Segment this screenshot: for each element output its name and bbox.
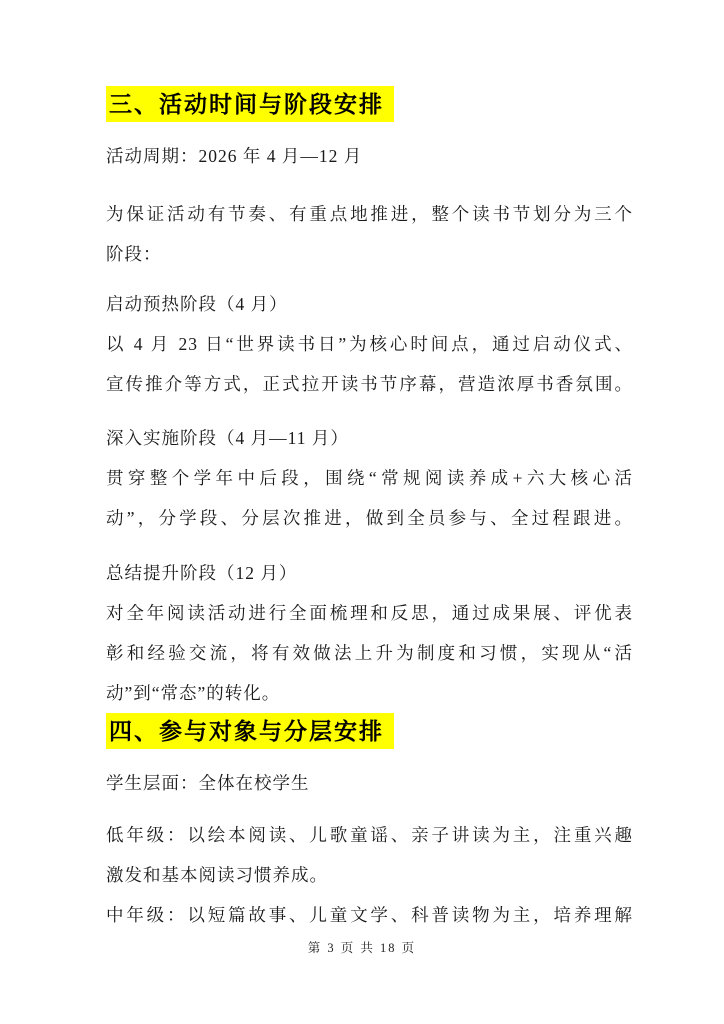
section-4-heading: 四、参与对象与分层安排	[106, 713, 394, 749]
page-content: 三、活动时间与阶段安排 活动周期：2026 年 4 月—12 月 为保证活动有节…	[106, 86, 633, 935]
mid-grade-paragraph: 中年级：以短篇故事、儿童文学、科普读物为主，培养理解	[106, 895, 633, 935]
page-number-footer: 第 3 页 共 18 页	[0, 938, 724, 956]
section-3-heading-row: 三、活动时间与阶段安排	[106, 86, 633, 122]
paragraph-line: 彰和经验交流，将有效做法上升为制度和习惯，实现从“活	[106, 633, 633, 673]
paragraph-line: 中年级：以短篇故事、儿童文学、科普读物为主，培养理解	[106, 895, 633, 935]
section-3-heading: 三、活动时间与阶段安排	[106, 86, 394, 122]
document-page: 三、活动时间与阶段安排 活动周期：2026 年 4 月—12 月 为保证活动有节…	[0, 0, 724, 1024]
paragraph-line: 动”，分学段、分层次推进，做到全员参与、全过程跟进。	[106, 498, 633, 538]
paragraph-line: 激发和基本阅读习惯养成。	[106, 855, 633, 895]
low-grade-paragraph: 低年级：以绘本阅读、儿歌童谣、亲子讲读为主，注重兴趣 激发和基本阅读习惯养成。	[106, 815, 633, 895]
paragraph-line: 低年级：以绘本阅读、儿歌童谣、亲子讲读为主，注重兴趣	[106, 815, 633, 855]
paragraph-line: 以 4 月 23 日“世界读书日”为核心时间点，通过启动仪式、	[106, 324, 633, 364]
paragraph-line: 贯穿整个学年中后段，围绕“常规阅读养成+六大核心活	[106, 458, 633, 498]
phase-2-title: 深入实施阶段（4 月—11 月）	[106, 418, 633, 458]
paragraph-line: 阶段：	[106, 234, 633, 274]
phase-3-title: 总结提升阶段（12 月）	[106, 553, 633, 593]
paragraph-line: 为保证活动有节奏、有重点地推进，整个读书节划分为三个	[106, 194, 633, 234]
student-scope-line: 学生层面：全体在校学生	[106, 763, 633, 803]
paragraph-line: 宣传推介等方式，正式拉开读书节序幕，营造浓厚书香氛围。	[106, 364, 633, 404]
phase-1-title: 启动预热阶段（4 月）	[106, 284, 633, 324]
paragraph-line: 对全年阅读活动进行全面梳理和反思，通过成果展、评优表	[106, 593, 633, 633]
phase-2-block: 深入实施阶段（4 月—11 月） 贯穿整个学年中后段，围绕“常规阅读养成+六大核…	[106, 418, 633, 538]
intro-paragraph: 为保证活动有节奏、有重点地推进，整个读书节划分为三个 阶段：	[106, 194, 633, 274]
phase-3-block: 总结提升阶段（12 月） 对全年阅读活动进行全面梳理和反思，通过成果展、评优表 …	[106, 553, 633, 713]
activity-period-line: 活动周期：2026 年 4 月—12 月	[106, 136, 633, 176]
paragraph-line: 动”到“常态”的转化。	[106, 673, 633, 713]
phase-1-block: 启动预热阶段（4 月） 以 4 月 23 日“世界读书日”为核心时间点，通过启动…	[106, 284, 633, 404]
section-4-heading-row: 四、参与对象与分层安排	[106, 713, 633, 749]
